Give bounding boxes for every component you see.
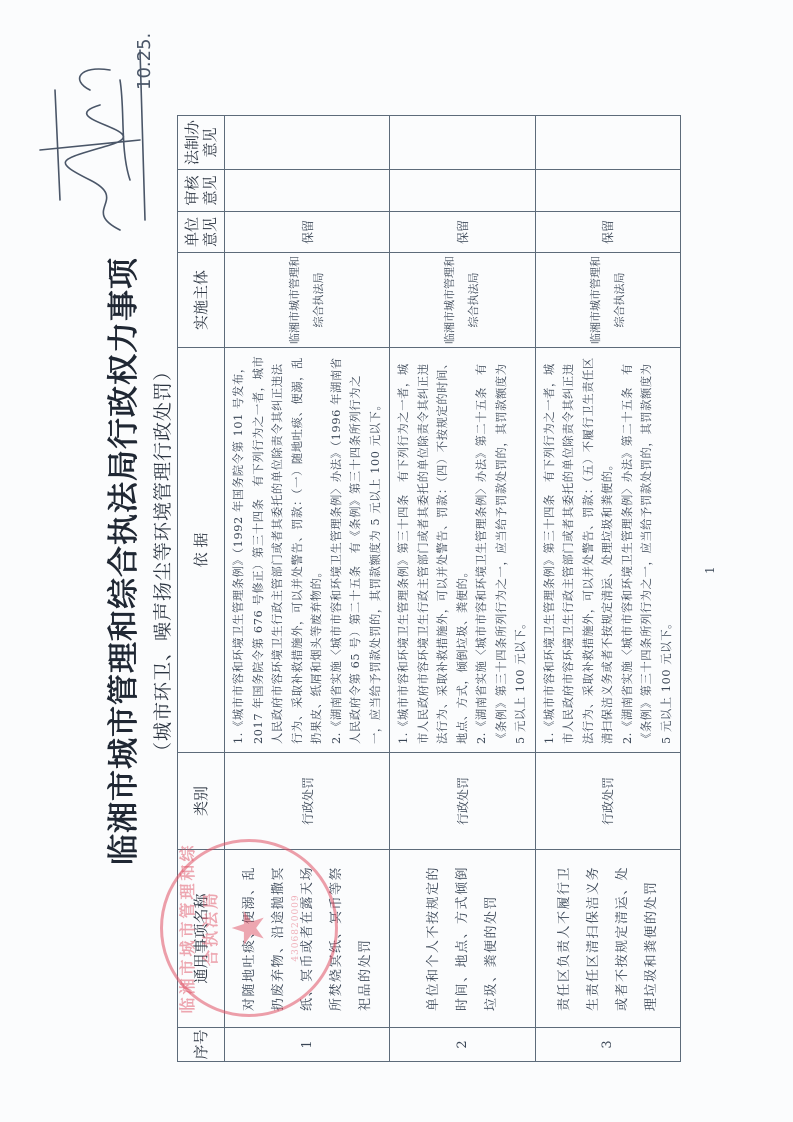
table-row: 3 责任区负责人不履行卫生责任区清扫保洁义务或者不按规定清运、处理垃圾和粪便的处… [535, 116, 681, 1062]
cell-body: 临湘市城市管理和综合执法局 [535, 253, 681, 348]
header-basis: 依 据 [178, 348, 225, 753]
header-unit-opinion: 单位意见 [178, 212, 225, 253]
cell-review-opinion [535, 170, 681, 212]
cell-unit-opinion: 保留 [390, 212, 536, 253]
document-page: 临湘市城市管理和综合执法局行政权力事项 （城市环卫、噪声扬尘等环境管理行政处罚）… [0, 0, 793, 1122]
cell-name: 责任区负责人不履行卫生责任区清扫保洁义务或者不按规定清运、处理垃圾和粪便的处罚 [535, 850, 681, 1028]
header-body: 实施主体 [178, 253, 225, 348]
cell-no: 1 [225, 1028, 390, 1062]
basis-item: 2.《湖南省实施〈城市市容和环境卫生管理条例〉办法》第二十五条 有《条例》第三十… [472, 354, 531, 744]
cell-unit-opinion: 保留 [535, 212, 681, 253]
cell-category: 行政处罚 [535, 753, 681, 850]
header-category: 类别 [178, 753, 225, 850]
cell-category: 行政处罚 [225, 753, 390, 850]
page-title: 临湘市城市管理和综合执法局行政权力事项 [98, 0, 143, 1122]
cell-legal-office-opinion [225, 116, 390, 170]
header-no: 序号 [178, 1028, 225, 1062]
cell-no: 2 [390, 1028, 536, 1062]
table-header-row: 序号 通用事项名称 类别 依 据 实施主体 单位意见 审核意见 法制办意见 [178, 116, 225, 1062]
basis-item: 2.《湖南省实施〈城市市容和环境卫生管理条例〉办法》第二十五条 有《条例》第三十… [618, 354, 677, 744]
header-review-opinion: 审核意见 [178, 170, 225, 212]
basis-item: 1.《城市市容和环境卫生管理条例》第三十四条 有下列行为之一者，城市人民政府市容… [394, 354, 472, 744]
page-number: 1 [703, 566, 717, 574]
basis-item: 2.《湖南省实施〈城市市容和环境卫生管理条例〉办法》（1996 年湖南省人民政府… [327, 354, 386, 744]
cell-name: 对随地吐痰、便溺、乱扔废弃物、沿途抛撒冥纸、冥币或者在露天场所焚烧冥纸、冥币等祭… [225, 850, 390, 1028]
cell-category: 行政处罚 [390, 753, 536, 850]
cell-unit-opinion: 保留 [225, 212, 390, 253]
cell-review-opinion [390, 170, 536, 212]
cell-basis: 1.《城市市容和环境卫生管理条例》第三十四条 有下列行为之一者，城市人民政府市容… [535, 348, 681, 753]
cell-basis: 1.《城市市容和环境卫生管理条例》（1992 年国务院令第 101 号发布，20… [225, 348, 390, 753]
header-name: 通用事项名称 [178, 850, 225, 1028]
cell-no: 3 [535, 1028, 681, 1062]
basis-item: 1.《城市市容和环境卫生管理条例》第三十四条 有下列行为之一者，城市人民政府市容… [540, 354, 618, 744]
table-row: 2 单位和个人不按规定的时间、地点、方式倾倒垃圾、粪便的处罚 行政处罚 1.《城… [390, 116, 536, 1062]
power-items-table: 序号 通用事项名称 类别 依 据 实施主体 单位意见 审核意见 法制办意见 1 … [177, 115, 681, 1062]
table-row: 1 对随地吐痰、便溺、乱扔废弃物、沿途抛撒冥纸、冥币或者在露天场所焚烧冥纸、冥币… [225, 116, 390, 1062]
cell-basis: 1.《城市市容和环境卫生管理条例》第三十四条 有下列行为之一者，城市人民政府市容… [390, 348, 536, 753]
cell-name: 单位和个人不按规定的时间、地点、方式倾倒垃圾、粪便的处罚 [390, 850, 536, 1028]
basis-item: 1.《城市市容和环境卫生管理条例》（1992 年国务院令第 101 号发布，20… [229, 354, 327, 744]
cell-body: 临湘市城市管理和综合执法局 [225, 253, 390, 348]
cell-review-opinion [225, 170, 390, 212]
cell-legal-office-opinion [390, 116, 536, 170]
header-legal-office-opinion: 法制办意见 [178, 116, 225, 170]
cell-legal-office-opinion [535, 116, 681, 170]
cell-body: 临湘市城市管理和综合执法局 [390, 253, 536, 348]
page-subtitle: （城市环卫、噪声扬尘等环境管理行政处罚） [148, 0, 175, 1122]
